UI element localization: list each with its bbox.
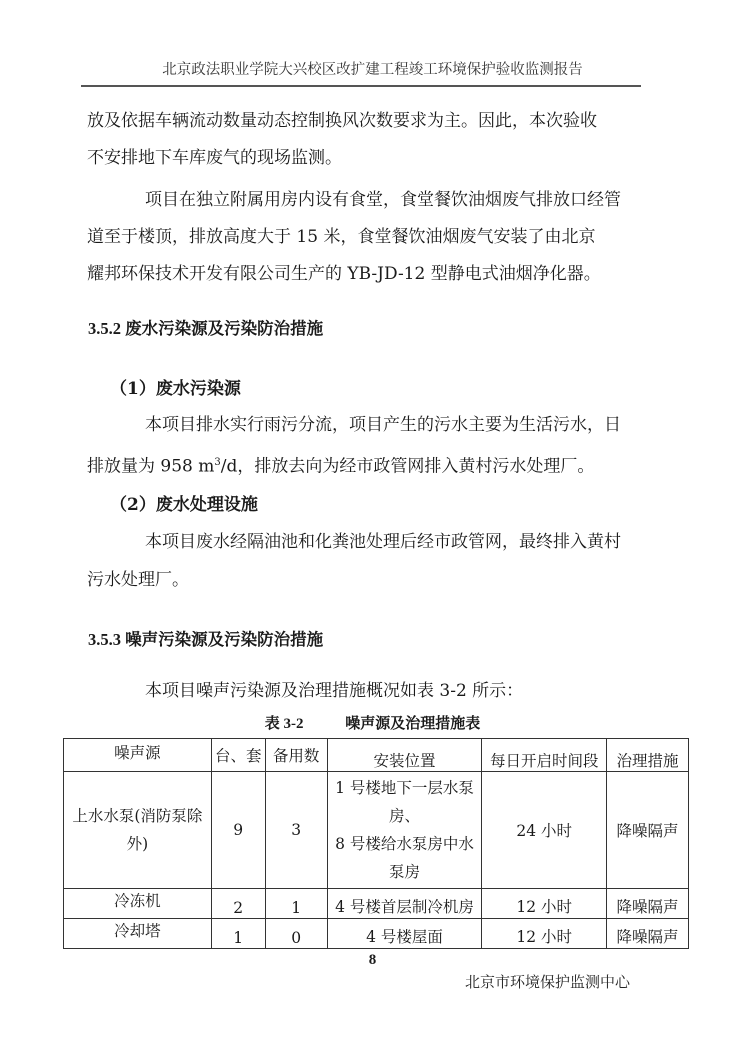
footer-organization: 北京市环境保护监测中心 — [465, 971, 630, 992]
table-row: 冷却塔 1 0 4 号楼屋面 12 小时 降噪隔声 — [64, 919, 689, 949]
column-header: 噪声源 — [64, 739, 212, 772]
column-header: 治理措施 — [607, 739, 689, 772]
table-row: 上水水泵(消防泵除 外) 9 3 1 号楼地下一层水泵 房、 8 号楼给水泵房中… — [64, 772, 689, 889]
cell-hours: 12 小时 — [482, 889, 607, 919]
cell-measure: 降噪隔声 — [607, 919, 689, 949]
cell-spare: 3 — [265, 772, 327, 889]
text-segment: /d，排放去向为经市政管网排入黄村污水处理厂。 — [221, 457, 595, 477]
cell-source: 上水水泵(消防泵除 外) — [64, 772, 212, 889]
cell-units: 9 — [211, 772, 265, 889]
column-header: 每日开启时间段 — [482, 739, 607, 772]
table-caption-title: 噪声源及治理措施表 — [345, 714, 480, 732]
cell-measure: 降噪隔声 — [607, 889, 689, 919]
section-heading-3-5-3: 3.5.3 噪声污染源及污染防治措施 — [88, 626, 323, 650]
cell-source: 冷却塔 — [64, 919, 212, 949]
subsection-heading-wastewater-treatment: （2）废水处理设施 — [110, 490, 258, 515]
cell-spare: 0 — [265, 919, 327, 949]
paragraph-line: 本项目废水经隔油池和化粪池处理后经市政管网，最终排入黄村 — [145, 532, 725, 552]
cell-units: 1 — [211, 919, 265, 949]
text-segment: 排放量为 958 m — [87, 457, 214, 477]
cell-text: 房、 — [328, 802, 482, 830]
cell-hours: 12 小时 — [482, 919, 607, 949]
cell-location: 4 号楼首层制冷机房 — [327, 889, 482, 919]
cell-text: 泵房 — [328, 858, 482, 886]
paragraph-line: 排放量为 958 m3/d，排放去向为经市政管网排入黄村污水处理厂。 — [87, 453, 667, 477]
noise-source-table: 噪声源 台、套 备用数 安装位置 每日开启时间段 治理措施 上水水泵(消防泵除 … — [63, 738, 689, 949]
column-header: 安装位置 — [327, 739, 482, 772]
cell-hours: 24 小时 — [482, 772, 607, 889]
cell-text: 8 号楼给水泵房中水 — [328, 830, 482, 858]
header-title: 北京政法职业学院大兴校区改扩建工程竣工环境保护验收监测报告 — [0, 58, 745, 79]
paragraph-line: 本项目排水实行雨污分流，项目产生的污水主要为生活污水，日 — [145, 415, 725, 435]
cell-text: 1 号楼地下一层水泵 — [328, 774, 482, 802]
cell-location: 1 号楼地下一层水泵 房、 8 号楼给水泵房中水 泵房 — [327, 772, 482, 889]
column-header: 备用数 — [265, 739, 327, 772]
cell-text: 外) — [64, 830, 211, 858]
subsection-heading-wastewater-source: （1）废水污染源 — [110, 374, 241, 399]
paragraph-line: 污水处理厂。 — [87, 570, 667, 590]
section-heading-3-5-2: 3.5.2 废水污染源及污染防治措施 — [88, 315, 323, 339]
table-row: 冷冻机 2 1 4 号楼首层制冷机房 12 小时 降噪隔声 — [64, 889, 689, 919]
paragraph-line: 本项目噪声污染源及治理措施概况如表 3-2 所示： — [145, 681, 725, 701]
table-header-row: 噪声源 台、套 备用数 安装位置 每日开启时间段 治理措施 — [64, 739, 689, 772]
paragraph-line: 不安排地下车库废气的现场监测。 — [87, 148, 667, 168]
column-header: 台、套 — [211, 739, 265, 772]
table-caption: 表 3-2 噪声源及治理措施表 — [0, 712, 745, 733]
paragraph-line: 放及依据车辆流动数量动态控制换风次数要求为主。因此，本次验收 — [87, 111, 667, 131]
cell-spare: 1 — [265, 889, 327, 919]
cell-source: 冷冻机 — [64, 889, 212, 919]
paragraph-line: 项目在独立附属用房内设有食堂，食堂餐饮油烟废气排放口经管 — [145, 190, 725, 210]
cell-location: 4 号楼屋面 — [327, 919, 482, 949]
cell-measure: 降噪隔声 — [607, 772, 689, 889]
paragraph-line: 道至于楼顶，排放高度大于 15 米，食堂餐饮油烟废气安装了由北京 — [87, 227, 667, 247]
header-rule-correct-width — [81, 85, 641, 87]
cell-text: 上水水泵(消防泵除 — [64, 802, 211, 830]
cell-units: 2 — [211, 889, 265, 919]
page-number: 8 — [0, 952, 745, 969]
table-caption-number: 表 3-2 — [265, 716, 304, 732]
caption-gap — [303, 714, 345, 732]
paragraph-line: 耀邦环保技术开发有限公司生产的 YB-JD-12 型静电式油烟净化器。 — [87, 264, 667, 284]
